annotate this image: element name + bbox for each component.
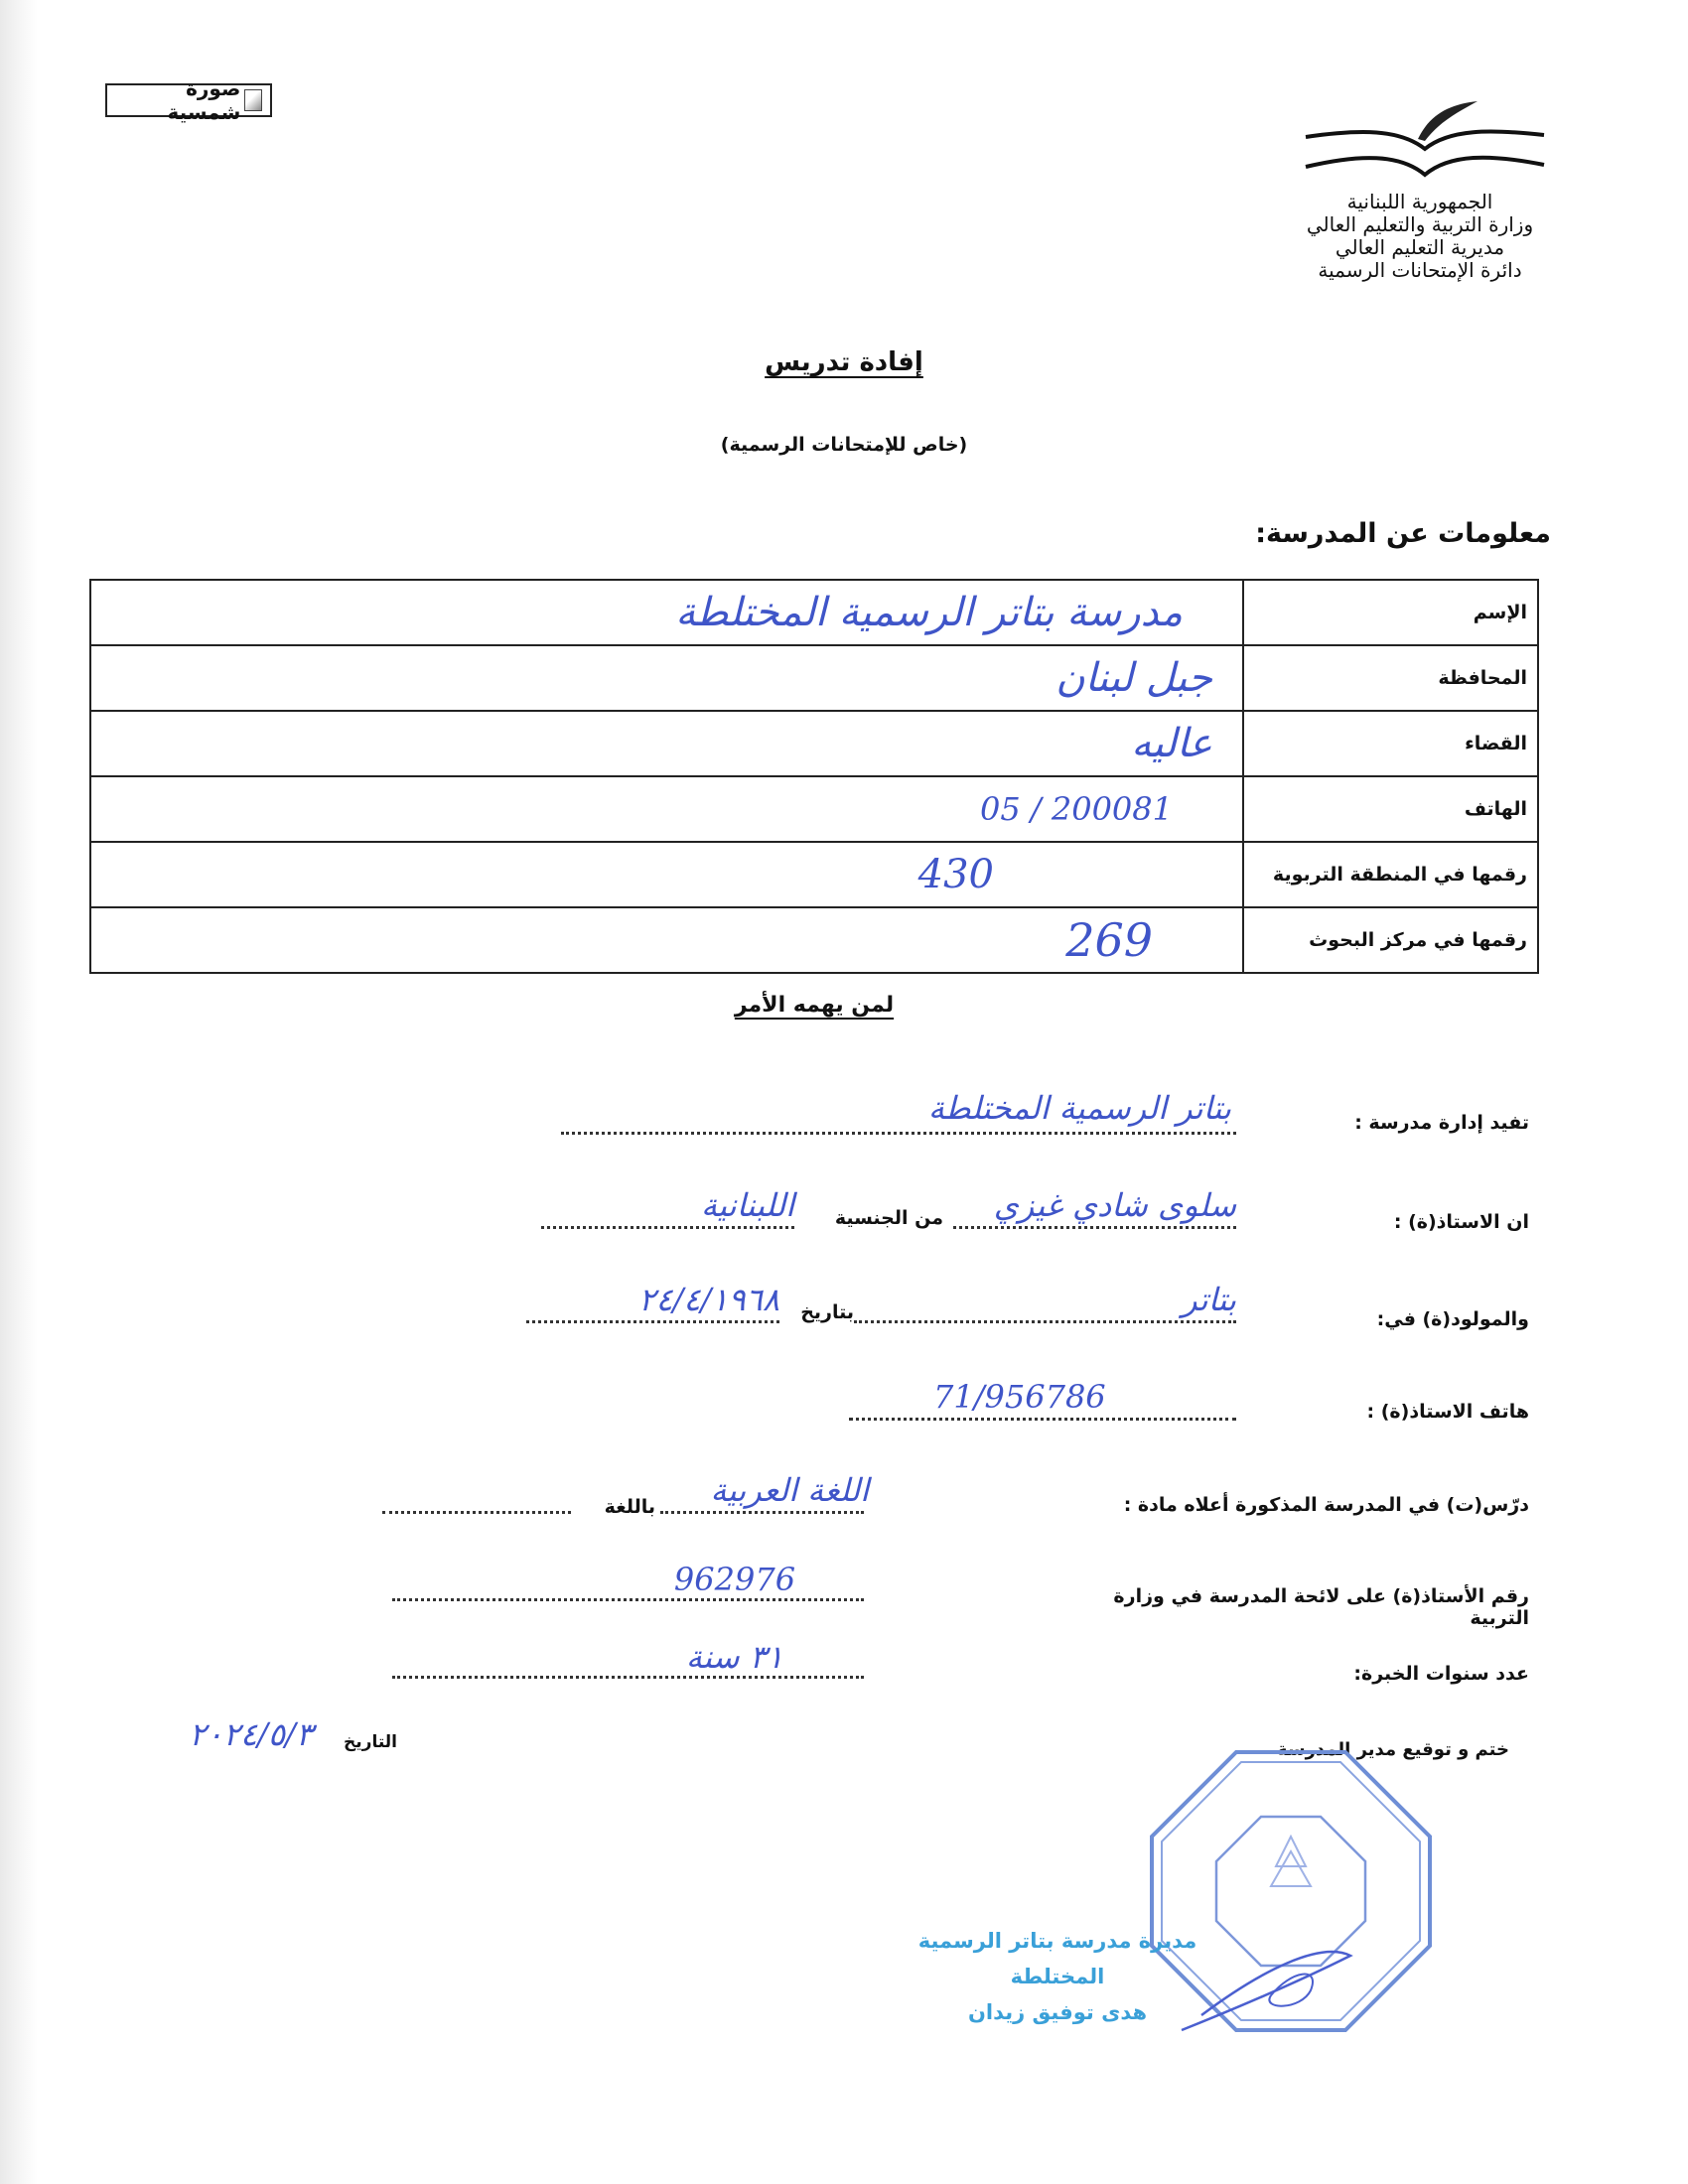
- nationality-value[interactable]: اللبنانية: [541, 1186, 794, 1224]
- table-row: الهاتف 05 / 200081: [90, 776, 1538, 842]
- date-label: التاريخ: [318, 1732, 397, 1752]
- row-label-district: القضاء: [1243, 711, 1538, 776]
- table-row: الإسم مدرسة بتاتر الرسمية المختلطة: [90, 580, 1538, 645]
- school-admin-dotted-line: [561, 1132, 1236, 1135]
- row-value-educational-zone-number[interactable]: 430: [90, 842, 1243, 907]
- nationality-dotted-line: [541, 1226, 794, 1229]
- experience-value[interactable]: ٣١ سنة: [616, 1638, 854, 1676]
- row-value-research-center-number[interactable]: 269: [90, 907, 1243, 973]
- birth-date-label: بتاريخ: [784, 1301, 854, 1323]
- birthplace-dotted-line: [854, 1320, 1236, 1323]
- table-row: رقمها في مركز البحوث 269: [90, 907, 1538, 973]
- table-row: القضاء عاليه: [90, 711, 1538, 776]
- school-info-table: الإسم مدرسة بتاتر الرسمية المختلطة المحا…: [89, 579, 1539, 974]
- birthplace-value[interactable]: بتاتر: [854, 1281, 1236, 1318]
- birth-date-value[interactable]: ٢٤/٤/١٩٦٨: [516, 1281, 779, 1318]
- ministry-logo-icon: [1301, 99, 1549, 189]
- teacher-dotted-line: [953, 1226, 1236, 1229]
- row-label-governorate: المحافظة: [1243, 645, 1538, 711]
- row-label-name: الإسم: [1243, 580, 1538, 645]
- subject-dotted-line: [660, 1511, 864, 1514]
- principal-stamp-title: مديرة مدرسة بتاتر الرسمية المختلطة: [874, 1923, 1241, 1994]
- school-info-heading: معلومات عن المدرسة:: [1192, 518, 1551, 549]
- birth-label: والمولود(ة) في:: [1331, 1308, 1529, 1330]
- row-value-name[interactable]: مدرسة بتاتر الرسمية المختلطة: [90, 580, 1243, 645]
- school-admin-value[interactable]: بتاتر الرسمية المختلطة: [735, 1089, 1231, 1127]
- subject-value[interactable]: اللغة العربية: [635, 1471, 869, 1509]
- scan-edge: [0, 0, 38, 2184]
- principal-stamp: مديرة مدرسة بتاتر الرسمية المختلطة هدى ت…: [874, 1923, 1241, 2030]
- teacher-label: ان الاستاذ(ة) :: [1321, 1211, 1529, 1233]
- row-value-district[interactable]: عاليه: [90, 711, 1243, 776]
- photo-icon: [242, 87, 264, 113]
- header-line-directorate: مديرية التعليم العالي: [1271, 236, 1569, 259]
- subject-label: درّس(ت) في المدرسة المذكورة أعلاه مادة :: [1072, 1494, 1529, 1516]
- header-line-republic: الجمهورية اللبنانية: [1271, 191, 1569, 213]
- teacher-phone-value[interactable]: 71/956786: [933, 1378, 1231, 1416]
- row-label-research-center-number: رقمها في مركز البحوث: [1243, 907, 1538, 973]
- birth-date-dotted-line: [526, 1320, 779, 1323]
- registry-label: رقم الأستاذ(ة) على لائحة المدرسة في وزار…: [1053, 1585, 1529, 1629]
- document-subtitle: (خاص للإمتحانات الرسمية): [616, 434, 1072, 456]
- ministry-header: الجمهورية اللبنانية وزارة التربية والتعل…: [1271, 191, 1569, 282]
- language-label: باللغة: [576, 1496, 655, 1518]
- principal-stamp-name: هدى توفيق زيدان: [874, 1994, 1241, 2030]
- photo-placeholder-box: صورة شمسية: [105, 83, 272, 117]
- header-line-department: دائرة الإمتحانات الرسمية: [1271, 259, 1569, 282]
- teacher-name-value[interactable]: سلوى شادي غيزي: [953, 1186, 1236, 1224]
- photo-label: صورة شمسية: [107, 76, 240, 124]
- row-value-governorate[interactable]: جبل لبنان: [90, 645, 1243, 711]
- teacher-phone-dotted-line: [849, 1418, 1236, 1421]
- experience-label: عدد سنوات الخبرة:: [1291, 1663, 1529, 1685]
- registry-dotted-line: [392, 1598, 864, 1601]
- document-title: إفادة تدريس: [616, 347, 1072, 377]
- header-line-ministry: وزارة التربية والتعليم العالي: [1271, 213, 1569, 236]
- table-row: رقمها في المنطقة التربوية 430: [90, 842, 1538, 907]
- to-whom-it-may-concern: لمن يهمه الأمر: [695, 993, 933, 1018]
- table-row: المحافظة جبل لبنان: [90, 645, 1538, 711]
- row-label-educational-zone-number: رقمها في المنطقة التربوية: [1243, 842, 1538, 907]
- nationality-label: من الجنسية: [804, 1207, 943, 1229]
- row-value-phone[interactable]: 05 / 200081: [90, 776, 1243, 842]
- date-value[interactable]: ٢٠٢٤/٥/٣: [119, 1715, 313, 1753]
- language-dotted-line[interactable]: [382, 1511, 571, 1514]
- registry-value[interactable]: 962976: [616, 1561, 854, 1598]
- row-label-phone: الهاتف: [1243, 776, 1538, 842]
- school-admin-label: تفيد إدارة مدرسة :: [1281, 1112, 1529, 1134]
- teacher-phone-label: هاتف الاستاذ(ة) :: [1331, 1401, 1529, 1423]
- experience-dotted-line: [392, 1676, 864, 1679]
